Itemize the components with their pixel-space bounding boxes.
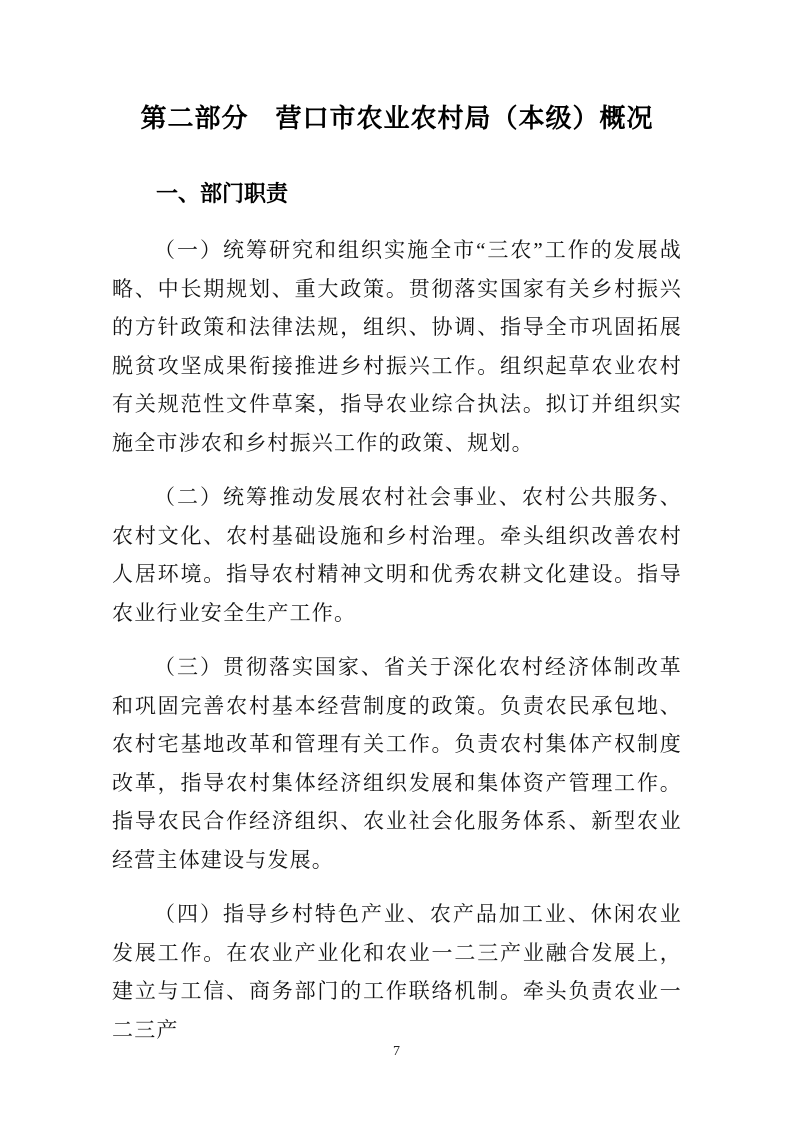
paragraph-2: （二）统筹推动发展农村社会事业、农村公共服务、农村文化、农村基础设施和乡村治理。… xyxy=(112,478,682,632)
body-text: （一）统筹研究和组织实施全市“三农”工作的发展战略、中长期规划、重大政策。贯彻落… xyxy=(112,231,682,1049)
page-number: 7 xyxy=(0,1044,793,1060)
paragraph-3: （三）贯彻落实国家、省关于深化农村经济体制改革和巩固完善农村基本经营制度的政策。… xyxy=(112,648,682,879)
document-page: 第二部分 营口市农业农村局（本级）概况 一、部门职责 （一）统筹研究和组织实施全… xyxy=(0,0,793,1122)
paragraph-1: （一）统筹研究和组织实施全市“三农”工作的发展战略、中长期规划、重大政策。贯彻落… xyxy=(112,231,682,462)
page-title: 第二部分 营口市农业农村局（本级）概况 xyxy=(112,100,682,136)
section-heading: 一、部门职责 xyxy=(112,181,682,207)
paragraph-4: （四）指导乡村特色产业、农产品加工业、休闲农业发展工作。在农业产业化和农业一二三… xyxy=(112,895,682,1049)
